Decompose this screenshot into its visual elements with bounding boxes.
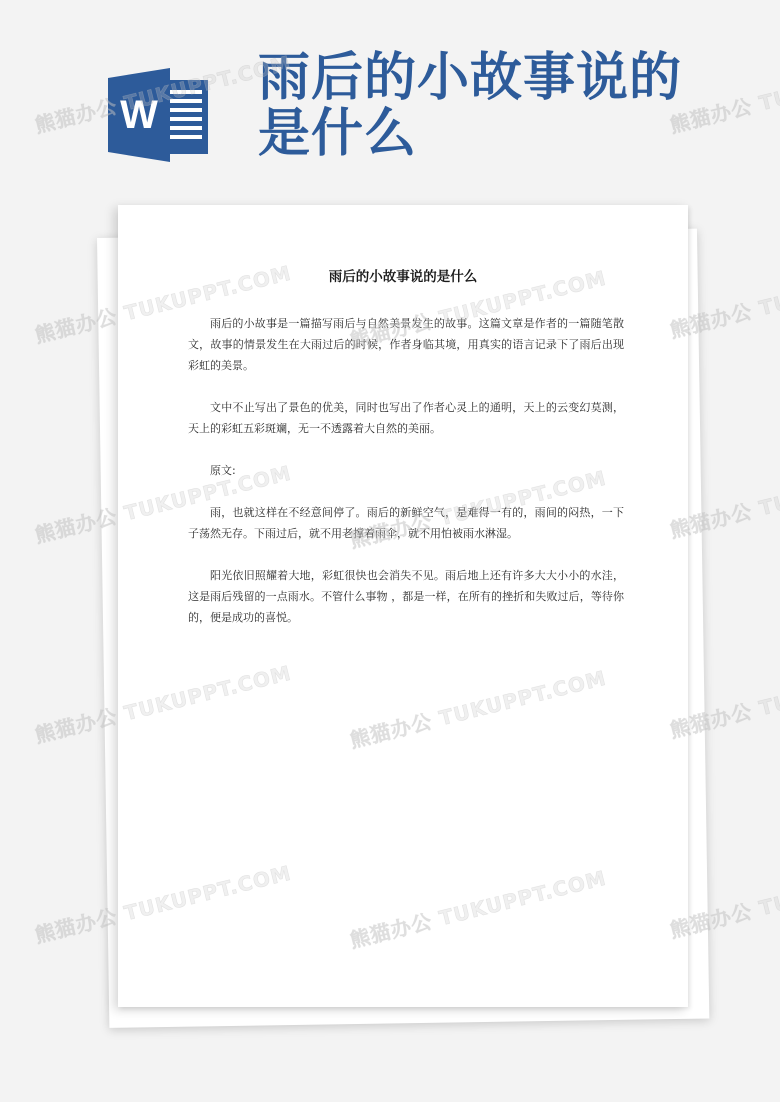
svg-text:W: W <box>120 93 158 137</box>
document-title: 雨后的小故事说的是什么 <box>118 265 688 285</box>
page-title: 雨后的小故事说的 是什么 <box>258 50 698 162</box>
header: W 雨后的小故事说的 是什么 <box>0 0 780 200</box>
paragraph: 阳光依旧照耀着大地，彩虹很快也会消失不见。雨后地上还有许多大大小小的水洼，这是雨… <box>188 565 624 628</box>
title-line-1: 雨后的小故事说的 <box>258 47 682 108</box>
paragraph: 雨后的小故事是一篇描写雨后与自然美景发生的故事。这篇文章是作者的一篇随笔散文，故… <box>188 313 624 376</box>
paragraph: 文中不止写出了景色的优美，同时也写出了作者心灵上的通明，天上的云变幻莫测，天上的… <box>188 397 624 439</box>
document-body: 雨后的小故事是一篇描写雨后与自然美景发生的故事。这篇文章是作者的一篇随笔散文，故… <box>188 313 624 649</box>
paragraph: 原文: <box>188 460 624 481</box>
paragraph: 雨，也就这样在不经意间停了。雨后的新鲜空气，是难得一有的，雨间的闷热，一下子荡然… <box>188 502 624 544</box>
document-page: 雨后的小故事说的是什么 雨后的小故事是一篇描写雨后与自然美景发生的故事。这篇文章… <box>118 205 688 1007</box>
title-line-2: 是什么 <box>258 103 417 164</box>
microsoft-word-icon: W <box>108 68 208 162</box>
